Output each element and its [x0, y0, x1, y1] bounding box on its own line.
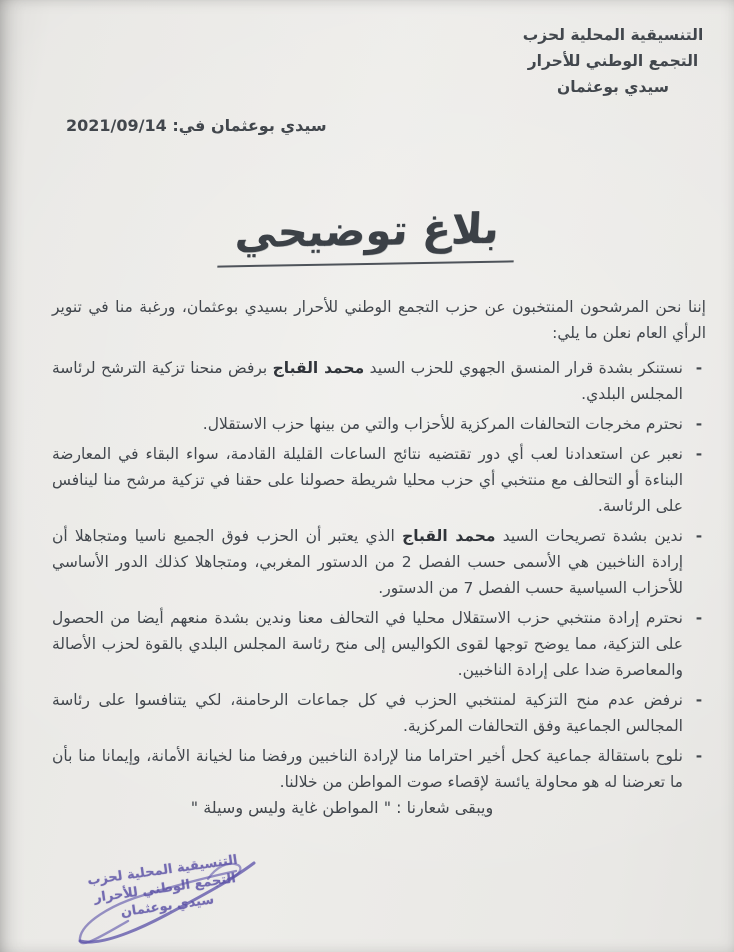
- bullet-dash-marker: -: [692, 523, 706, 601]
- bullet-text: نعبر عن استعدادنا لعب أي دور تقتضيه نتائ…: [52, 441, 683, 519]
- bullet-text: نلوح باستقالة جماعية كحل أخير احتراما من…: [52, 743, 683, 795]
- letterhead: التنسيقية المحلية لحزب التجمع الوطني للأ…: [522, 22, 704, 100]
- bullet-text: ندين بشدة تصريحات السيد محمد القباج الذي…: [52, 523, 683, 601]
- bullet-item: -نرفض عدم منح التزكية لمنتخبي الحزب في ك…: [52, 687, 706, 739]
- bullet-text: نرفض عدم منح التزكية لمنتخبي الحزب في كل…: [52, 687, 683, 739]
- bullet-text: نستنكر بشدة قرار المنسق الجهوي للحزب الس…: [52, 355, 683, 407]
- bullet-item: -نحترم إرادة منتخبي حزب الاستقلال محليا …: [52, 605, 706, 683]
- official-stamp: التنسيقية المحلية لحزب التجمع الوطني للأ…: [69, 849, 261, 928]
- bullet-dash-marker: -: [692, 441, 706, 519]
- slogan-line: ويبقى شعارنا : " المواطن غاية وليس وسيلة…: [0, 798, 734, 817]
- document-title: بلاغ توضيحي: [217, 203, 516, 267]
- bullet-item: -ندين بشدة تصريحات السيد محمد القباج الذ…: [52, 523, 706, 601]
- intro-paragraph: إننا نحن المرشحون المنتخبون عن حزب التجم…: [52, 294, 706, 346]
- bullet-list: -نستنكر بشدة قرار المنسق الجهوي للحزب ال…: [52, 355, 706, 795]
- bullet-dash-marker: -: [692, 605, 706, 683]
- bullet-dash-marker: -: [692, 743, 706, 795]
- bullet-item: -نعبر عن استعدادنا لعب أي دور تقتضيه نتا…: [52, 441, 706, 519]
- bullet-text: نحترم مخرجات التحالفات المركزية للأحزاب …: [52, 411, 683, 437]
- title-wrap: بلاغ توضيحي: [0, 206, 734, 265]
- bullet-text: نحترم إرادة منتخبي حزب الاستقلال محليا ف…: [52, 605, 683, 683]
- letterhead-line-2: التجمع الوطني للأحرار: [522, 48, 704, 74]
- letterhead-line-1: التنسيقية المحلية لحزب: [522, 22, 704, 48]
- bullet-dash-marker: -: [692, 411, 706, 437]
- document-body: إننا نحن المرشحون المنتخبون عن حزب التجم…: [52, 294, 706, 799]
- scanned-document-page: التنسيقية المحلية لحزب التجمع الوطني للأ…: [0, 0, 734, 952]
- bullet-item: -نلوح باستقالة جماعية كحل أخير احتراما م…: [52, 743, 706, 795]
- date-line: سيدي بوعثمان في: 2021/09/14: [66, 116, 327, 135]
- bullet-dash-marker: -: [692, 355, 706, 407]
- bullet-item: -نستنكر بشدة قرار المنسق الجهوي للحزب ال…: [52, 355, 706, 407]
- letterhead-line-3: سيدي بوعثمان: [522, 74, 704, 100]
- bullet-dash-marker: -: [692, 687, 706, 739]
- bullet-item: -نحترم مخرجات التحالفات المركزية للأحزاب…: [52, 411, 706, 437]
